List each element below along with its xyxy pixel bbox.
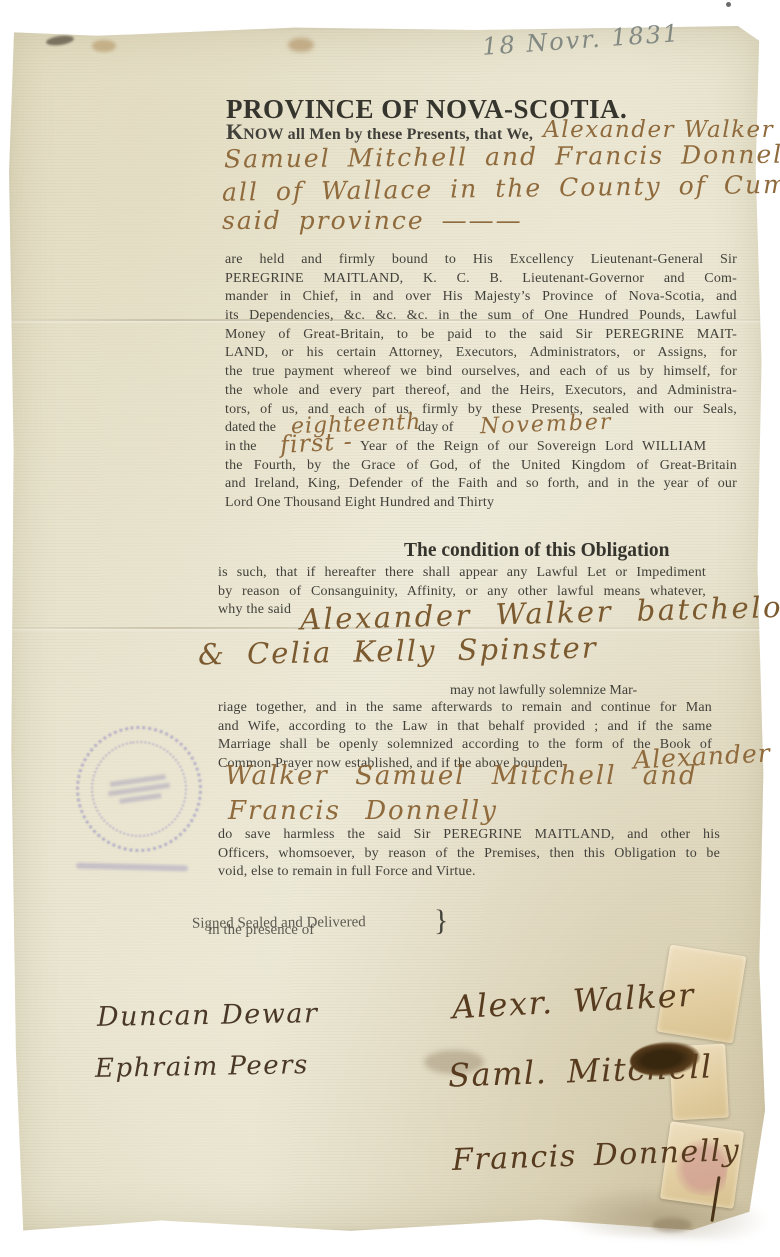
handwritten-bounden-line: Walker Samuel Mitchell and [225, 761, 698, 791]
scanned-marriage-bond: 18 Novr. 1831 PROVINCE OF NOVA-SCOTIA. K… [0, 0, 780, 1257]
opening-printed-text: NOW all Men by these Presents, that We, [243, 126, 533, 143]
solemnize-first-line: may not lawfully solemnize Mar- [450, 683, 637, 699]
witness-signature: Duncan Dewar [97, 998, 319, 1033]
bond-line: the true payment whereof we bind ourselv… [225, 364, 737, 383]
condition-heading: The condition of this Obligation [404, 540, 690, 562]
stain [92, 40, 116, 52]
stain [288, 38, 314, 52]
handwritten-names-line: Samuel Mitchell and Francis Donnelly [224, 139, 780, 173]
stain [726, 2, 731, 7]
bond-line: LAND, or his certain Attorney, Executors… [225, 345, 737, 364]
bond-line: Lord One Thousand Eight Hundred and Thir… [225, 495, 737, 514]
bond-line: PEREGRINE MAITLAND, K. C. B. Lieutenant-… [225, 271, 737, 290]
ink-stamp [68, 718, 210, 860]
handwritten-regnal-year: first - [279, 427, 353, 459]
handwritten-province-line: said province ——— [222, 206, 523, 235]
bond-line: its Dependencies, &c. &c. &c. in the sum… [225, 308, 737, 327]
regnal-rest: Year of the Reign of our Sovereign Lord … [360, 439, 706, 455]
bond-line: the whole and every part thereof, and th… [225, 383, 737, 402]
bond-paragraph: are held and firmly bound to His Excelle… [225, 252, 737, 514]
dated-prefix: dated the [225, 420, 276, 436]
attestation-line-presence: in the presence of [208, 922, 314, 939]
harmless-paragraph: do save harmless the said Sir PEREGRINE … [218, 827, 720, 883]
bond-line: and Ireland, King, Defender of the Faith… [225, 476, 737, 495]
solemnize-line: riage together, and in the same afterwar… [218, 700, 712, 719]
regnal-line: in the first - Year of the Reign of our … [225, 439, 737, 458]
day-of-label: day of [418, 420, 453, 436]
handwritten-month: November [480, 410, 613, 440]
solemnize-line: and Wife, according to the Law in that b… [218, 719, 712, 738]
bond-line: are held and firmly bound to His Excelle… [225, 252, 737, 271]
attestation-brace: } [434, 904, 448, 938]
handwritten-bride: & Celia Kelly Spinster [198, 631, 598, 672]
drop-capital: K [226, 119, 243, 144]
harmless-line: void, else to remain in full Force and V… [218, 864, 720, 883]
witness-signature: Ephraim Peers [95, 1050, 309, 1084]
harmless-line: do save harmless the said Sir PEREGRINE … [218, 827, 720, 846]
harmless-line: Officers, whomsoever, by reason of the P… [218, 846, 720, 865]
bond-line: the Fourth, by the Grace of God, of the … [225, 458, 737, 477]
regnal-prefix: in the [225, 439, 257, 455]
condition-line: is such, that if hereafter there shall a… [218, 565, 706, 584]
bond-line: mander in Chief, in and over His Majesty… [225, 289, 737, 308]
handwritten-bounden-line: Francis Donnelly [228, 796, 498, 826]
bond-line: Money of Great-Britain, to be paid to th… [225, 327, 737, 346]
